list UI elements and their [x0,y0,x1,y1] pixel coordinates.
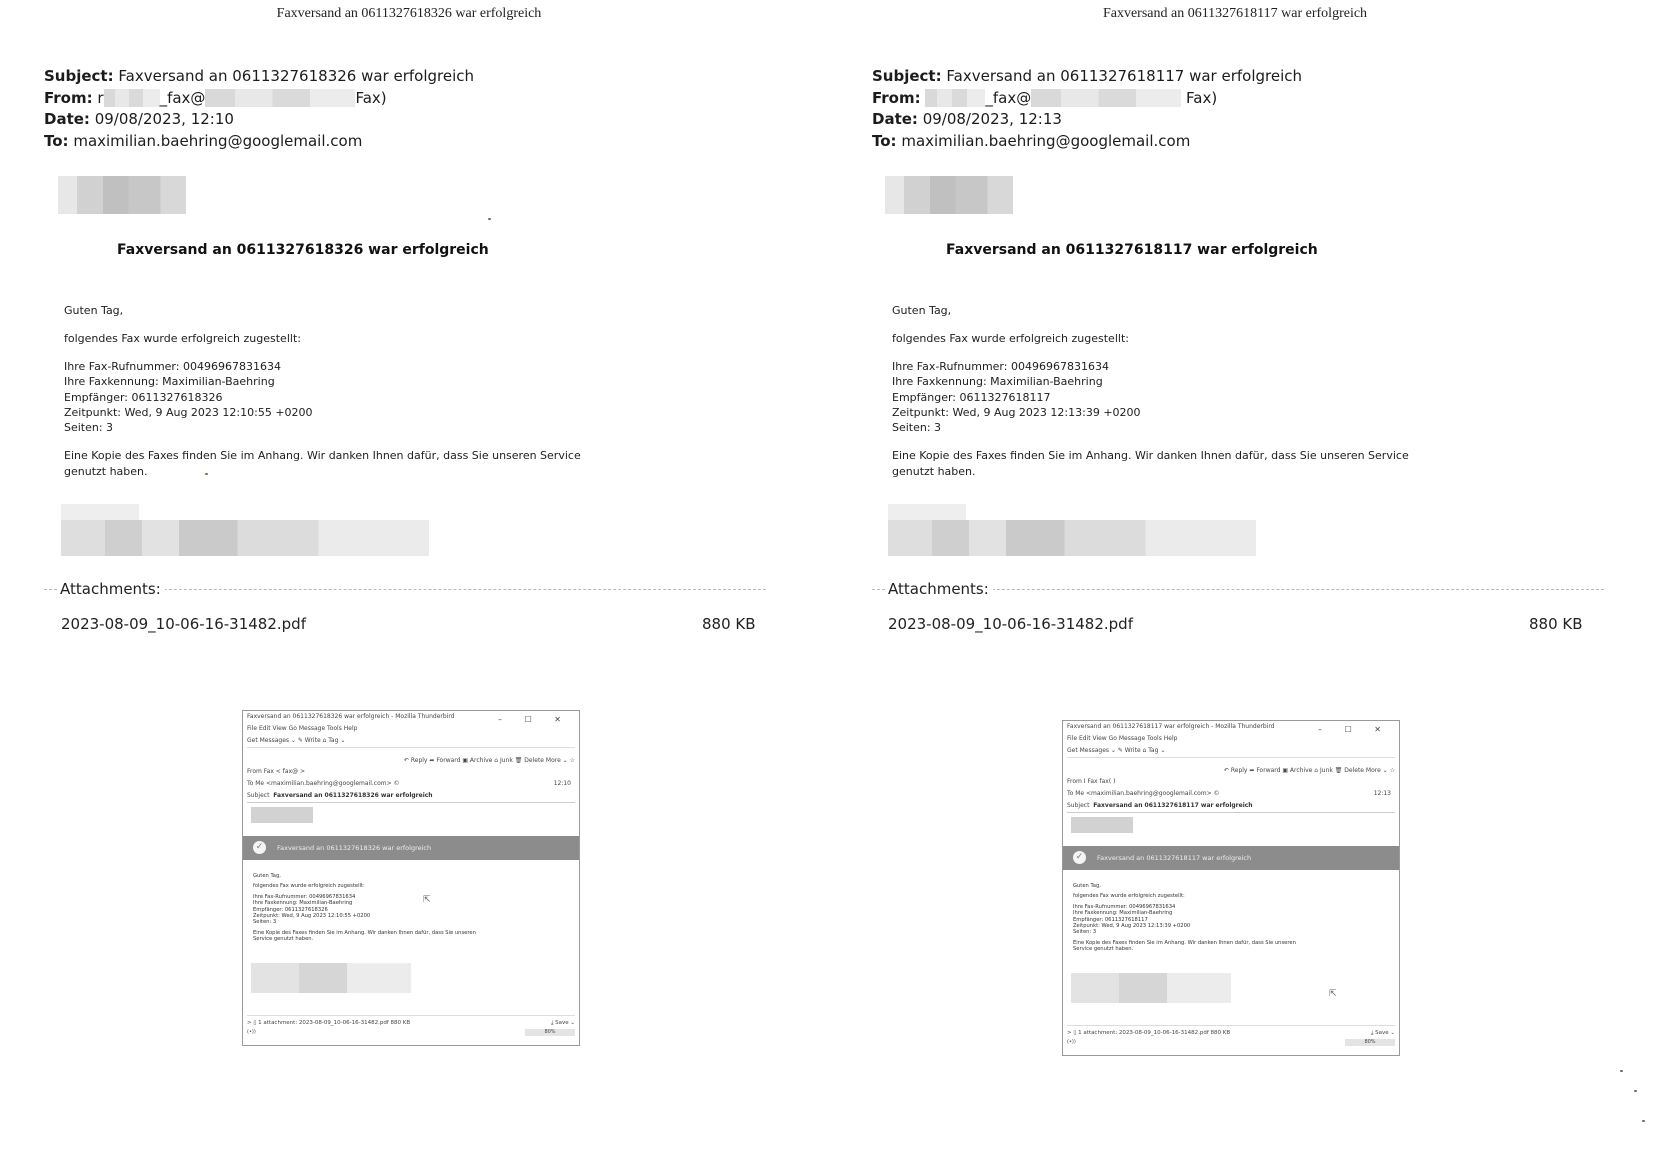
redacted-signature [251,963,411,993]
to-line: To: maximilian.baehring@googlemail.com [872,131,1302,153]
redacted-logo [58,176,186,214]
thunderbird-screenshot: Faxversand an 0611327618117 war erfolgre… [1062,720,1400,1056]
attachment-file-size: 880 KB [1529,615,1603,633]
mini-to-text: To Me <maximilian.baehring@googlemail.co… [1067,790,1220,797]
mini-body: Guten Tag, folgendes Fax wurde erfolgrei… [253,873,571,947]
mini-body-line: Eine Kopie des Faxes finden Sie im Anhan… [253,930,483,943]
attachment-file-name[interactable]: 2023-08-09_10-06-16-31482.pdf [61,615,306,633]
redacted-block [205,89,355,107]
mini-body-line: Ihre Fax-Rufnummer: 00496967831634 Ihre … [1073,904,1391,936]
date-value: 09/08/2023, 12:10 [95,110,234,128]
success-banner: ✓Faxversand an 0611327618117 war erfolgr… [1063,846,1399,870]
scan-speck [1634,1090,1637,1092]
date-value: 09/08/2023, 12:13 [923,110,1062,128]
save-button: ⤓ Save ⌄ [1371,1030,1395,1037]
window-controls: – ☐ ✕ [1318,725,1391,734]
redacted-logo [1071,817,1133,833]
attachments-label: Attachments: [886,580,993,598]
fax-number: Ihre Fax-Rufnummer: 00496967831634 [892,360,1109,373]
mini-body-line: folgendes Fax wurde erfolgreich zugestel… [1073,893,1391,899]
mouse-cursor-icon: ⇱ [423,895,431,905]
redacted-signature [61,520,429,556]
mini-body-line: Eine Kopie des Faxes finden Sie im Anhan… [1073,940,1303,953]
redacted-logo [885,176,1013,214]
mini-subject: Subject Faxversand an 0611327618326 war … [247,792,575,803]
mini-body: Guten Tag, folgendes Fax wurde erfolgrei… [1073,883,1391,957]
zoom-level: 80% [525,1029,575,1036]
email-body: Guten Tag, folgendes Fax wurde erfolgrei… [892,303,1412,492]
redacted-block [104,89,160,107]
mini-status-bar: (•))80% [247,1029,575,1035]
subject-value: Faxversand an 0611327618117 war erfolgre… [946,67,1302,85]
print-header: Faxversand an 0611327618326 war erfolgre… [0,6,822,22]
connection-icon: (•)) [247,1029,256,1035]
mini-attachment-text: > ▯ 1 attachment: 2023-08-09_10-06-16-31… [1067,1030,1230,1036]
check-circle-icon: ✓ [253,841,266,854]
from-domain-sep: _fax@ [985,89,1031,107]
subject-label: Subject: [872,67,942,85]
from-line: From: _fax@ Fax) [872,88,1302,110]
from-suffix: Fax) [1186,89,1217,107]
scan-speck [1620,1070,1623,1072]
subject-line: Subject: Faxversand an 0611327618117 war… [872,66,1302,88]
mini-from: From Fax < fax@ > [247,768,575,775]
redacted-signature [888,504,966,520]
zoom-level: 80% [1345,1039,1395,1046]
mini-attachment-bar: > ▯ 1 attachment: 2023-08-09_10-06-16-31… [247,1015,575,1026]
mini-body-line: folgendes Fax wurde erfolgreich zugestel… [253,883,571,889]
date-label: Date: [872,110,918,128]
printed-email-page-1: Faxversand an 0611327618326 war erfolgre… [0,0,826,1169]
message-actions: ↶ Reply ➦ Forward ▣ Archive ⌂ Junk 🗑 Del… [247,757,575,764]
redacted-signature [1071,973,1231,1003]
redacted-signature [888,520,1256,556]
closing: Eine Kopie des Faxes finden Sie im Anhan… [892,448,1412,479]
recipient: Empfänger: 0611327618117 [892,391,1051,404]
connection-icon: (•)) [1067,1039,1076,1045]
scan-speck [205,473,208,475]
to-label: To: [44,132,69,150]
fax-id: Ihre Faxkennung: Maximilian-Baehring [64,375,275,388]
banner-title: Faxversand an 0611327618326 war erfolgre… [117,242,489,258]
to-value: maximilian.baehring@googlemail.com [901,132,1190,150]
from-label: From: [44,89,93,107]
mini-to-text: To Me <maximilian.baehring@googlemail.co… [247,780,400,787]
greeting: Guten Tag, [64,303,584,318]
mini-subject-label: Subject [1067,802,1089,809]
intro: folgendes Fax wurde erfolgreich zugestel… [64,331,584,346]
toolbar: Get Messages ⌄ ✎ Write ⌂ Tag ⌄ [1067,747,1395,758]
toolbar: Get Messages ⌄ ✎ Write ⌂ Tag ⌄ [247,737,575,748]
subject-value: Faxversand an 0611327618326 war erfolgre… [118,67,474,85]
fax-number: Ihre Fax-Rufnummer: 00496967831634 [64,360,281,373]
timestamp: Zeitpunkt: Wed, 9 Aug 2023 12:13:39 +020… [892,406,1141,419]
attachment-file-name[interactable]: 2023-08-09_10-06-16-31482.pdf [888,615,1133,633]
mini-body-line: Guten Tag, [1073,883,1391,889]
from-line: From: r_fax@Fax) [44,88,474,110]
email-headers: Subject: Faxversand an 0611327618326 war… [44,66,474,152]
fax-details: Ihre Fax-Rufnummer: 00496967831634 Ihre … [892,359,1412,436]
printed-email-page-2: Faxversand an 0611327618117 war erfolgre… [826,0,1652,1169]
date-line: Date: 09/08/2023, 12:13 [872,109,1302,131]
scan-speck [488,218,491,220]
subject-label: Subject: [44,67,114,85]
from-label: From: [872,89,921,107]
mini-from: From I Fax fax( ) [1067,778,1395,785]
menu-bar: File Edit View Go Message Tools Help [247,725,575,732]
mini-time: 12:13 [1374,790,1391,797]
intro: folgendes Fax wurde erfolgreich zugestel… [892,331,1412,346]
window-title-text: Faxversand an 0611327618326 war erfolgre… [247,713,455,720]
date-label: Date: [44,110,90,128]
mini-subject-label: Subject [247,792,269,799]
scan-speck [1642,1120,1645,1122]
page-count: Seiten: 3 [64,421,113,434]
closing: Eine Kopie des Faxes finden Sie im Anhan… [64,448,584,479]
fax-id: Ihre Faxkennung: Maximilian-Baehring [892,375,1103,388]
save-button: ⤓ Save ⌄ [551,1020,575,1027]
success-banner: ✓Faxversand an 0611327618326 war erfolgr… [243,836,579,860]
page-count: Seiten: 3 [892,421,941,434]
window-title: Faxversand an 0611327618117 war erfolgre… [1067,723,1395,733]
mini-attachment-bar: > ▯ 1 attachment: 2023-08-09_10-06-16-31… [1067,1025,1395,1036]
mini-body-line: Guten Tag, [253,873,571,879]
mini-to: To Me <maximilian.baehring@googlemail.co… [247,780,575,787]
timestamp: Zeitpunkt: Wed, 9 Aug 2023 12:10:55 +020… [64,406,313,419]
email-body: Guten Tag, folgendes Fax wurde erfolgrei… [64,303,584,492]
attachments-label: Attachments: [58,580,165,598]
banner-title: Faxversand an 0611327618117 war erfolgre… [946,242,1318,258]
mini-subject-text: Faxversand an 0611327618117 war erfolgre… [1093,802,1252,809]
mini-body-line: Ihre Fax-Rufnummer: 00496967831634 Ihre … [253,894,571,926]
mini-time: 12:10 [554,780,571,787]
to-line: To: maximilian.baehring@googlemail.com [44,131,474,153]
greeting: Guten Tag, [892,303,1412,318]
print-header: Faxversand an 0611327618117 war erfolgre… [822,6,1648,22]
email-headers: Subject: Faxversand an 0611327618117 war… [872,66,1302,152]
redacted-block [1031,89,1181,107]
fax-details: Ihre Fax-Rufnummer: 00496967831634 Ihre … [64,359,584,436]
mini-to: To Me <maximilian.baehring@googlemail.co… [1067,790,1395,797]
mini-subject: Subject Faxversand an 0611327618117 war … [1067,802,1395,813]
mini-attachment-text: > ▯ 1 attachment: 2023-08-09_10-06-16-31… [247,1020,410,1026]
window-controls: – ☐ ✕ [498,715,571,724]
mini-subject-text: Faxversand an 0611327618326 war erfolgre… [273,792,432,799]
message-actions: ↶ Reply ➦ Forward ▣ Archive ⌂ Junk 🗑 Del… [1067,767,1395,774]
mini-status-bar: (•))80% [1067,1039,1395,1045]
redacted-signature [61,504,139,520]
redacted-logo [251,807,313,823]
redacted-block [925,89,985,107]
menu-bar: File Edit View Go Message Tools Help [1067,735,1395,742]
from-domain-sep: _fax@ [160,89,206,107]
success-banner-text: Faxversand an 0611327618117 war erfolgre… [1097,854,1251,862]
recipient: Empfänger: 0611327618326 [64,391,223,404]
success-banner-text: Faxversand an 0611327618326 war erfolgre… [277,844,431,852]
attachment-file-size: 880 KB [702,615,756,633]
thunderbird-screenshot: Faxversand an 0611327618326 war erfolgre… [242,710,580,1046]
window-title: Faxversand an 0611327618326 war erfolgre… [247,713,575,723]
to-value: maximilian.baehring@googlemail.com [73,132,362,150]
mouse-cursor-icon: ⇱ [1329,989,1337,999]
from-suffix: Fax) [355,89,386,107]
to-label: To: [872,132,897,150]
window-title-text: Faxversand an 0611327618117 war erfolgre… [1067,723,1275,730]
subject-line: Subject: Faxversand an 0611327618326 war… [44,66,474,88]
date-line: Date: 09/08/2023, 12:10 [44,109,474,131]
check-circle-icon: ✓ [1073,851,1086,864]
